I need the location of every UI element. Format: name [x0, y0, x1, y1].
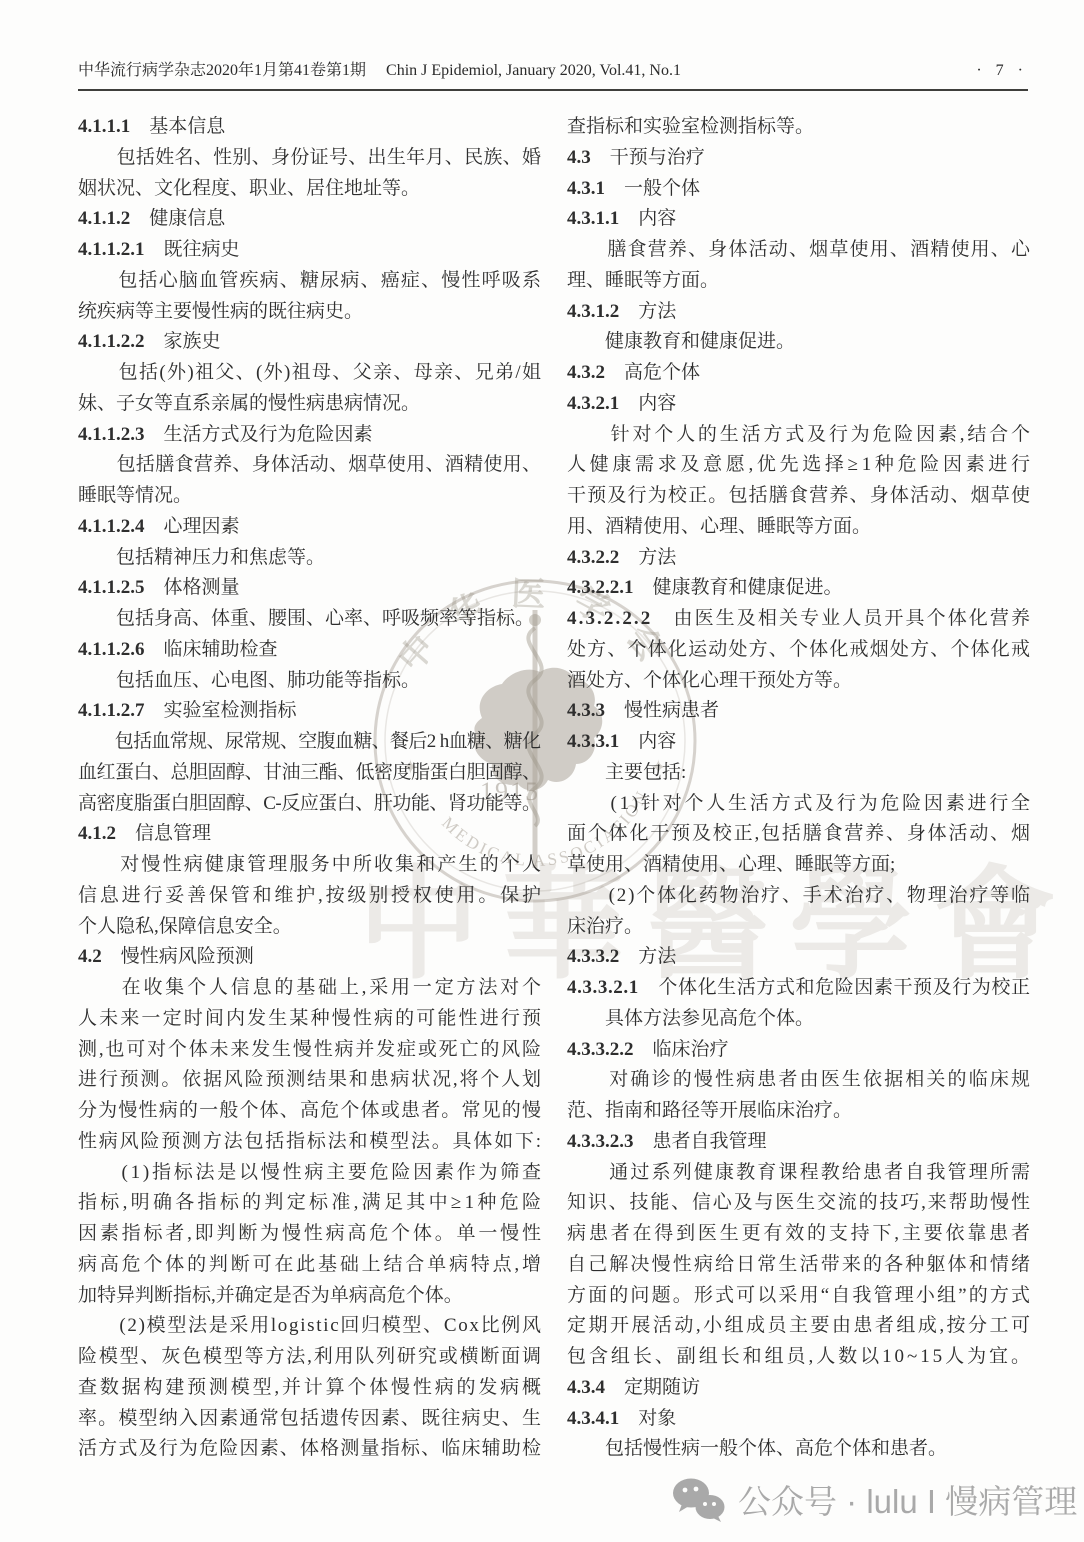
heading-line: 4.3.3.2.1 个体化生活方式和危险因素干预及行为校正 — [567, 973, 1030, 1004]
body-line: 查数据构建预测模型,并计算个体慢性病的发病概 — [78, 1373, 541, 1404]
body-line: 主要包括: — [567, 758, 1030, 789]
body-line: 包括精神压力和焦虑等。 — [78, 543, 541, 574]
journal-title: 中华流行病学杂志2020年1月第41卷第1期Chin J Epidemiol, … — [78, 57, 681, 80]
body-line: 活方式及行为危险因素、体格测量指标、临床辅助检 — [78, 1434, 541, 1465]
body-line: 用、酒精使用、心理、睡眠等方面。 — [567, 512, 1030, 543]
heading-line: 4.1.1.2.3 生活方式及行为危险因素 — [78, 420, 541, 451]
body-line: 自己解决慢性病给日常生活带来的各种躯体和情绪 — [567, 1250, 1030, 1281]
heading-line: 4.1.1.2.1 既往病史 — [78, 235, 541, 266]
body-line: 率。模型纳入因素通常包括遗传因素、既往病史、生 — [78, 1404, 541, 1435]
body-line: 分为慢性病的一般个体、高危个体或患者。常见的慢 — [78, 1096, 541, 1127]
heading-line: 4.3.2.2.1 健康教育和健康促进。 — [567, 573, 1030, 604]
body-line: 床治疗。 — [567, 912, 1030, 943]
body-line: (1)针对个人生活方式及行为危险因素进行全 — [567, 789, 1030, 820]
journal-page: 中华医学会 MEDICAL ASSOCIATION 1915 ✦ ✦ 中華醫學會… — [0, 0, 1084, 1542]
body-line: 加特异判断指标,并确定是否为单病高危个体。 — [78, 1281, 541, 1312]
body-line: 姻状况、文化程度、职业、居住地址等。 — [78, 174, 541, 205]
body-line: 对慢性病健康管理服务中所收集和产生的个人 — [78, 850, 541, 881]
body-line: 理、睡眠等方面。 — [567, 266, 1030, 297]
heading-line: 4.3.3.2.2 临床治疗 — [567, 1035, 1030, 1066]
heading-line: 4.1.1.1 基本信息 — [78, 112, 541, 143]
body-line: (2)个体化药物治疗、手术治疗、物理治疗等临 — [567, 881, 1030, 912]
body-line: 具体方法参见高危个体。 — [567, 1004, 1030, 1035]
body-line: 睡眠等情况。 — [78, 481, 541, 512]
body-line: 范、指南和路径等开展临床治疗。 — [567, 1096, 1030, 1127]
text-columns: 4.1.1.1 基本信息 包括姓名、性别、身份证号、出生年月、民族、婚姻状况、文… — [78, 112, 1030, 1465]
heading-line: 4.3.1 一般个体 — [567, 174, 1030, 205]
body-line: 处方、个体化运动处方、个体化戒烟处方、个体化戒 — [567, 635, 1030, 666]
body-line: 干预及行为校正。包括膳食营养、身体活动、烟草使 — [567, 481, 1030, 512]
body-line: 妹、子女等直系亲属的慢性病患病情况。 — [78, 389, 541, 420]
heading-line: 4.3.2 高危个体 — [567, 358, 1030, 389]
body-line: 包括身高、体重、腰围、心率、呼吸频率等指标。 — [78, 604, 541, 635]
body-line: 统疾病等主要慢性病的既往病史。 — [78, 297, 541, 328]
body-line: 定期开展活动,小组成员主要由患者组成,按分工可 — [567, 1311, 1030, 1342]
body-line: (1)指标法是以慢性病主要危险因素作为筛查 — [78, 1158, 541, 1189]
body-line: 酒处方、个体化心理干预处方等。 — [567, 666, 1030, 697]
body-line: 方面的问题。形式可以采用“自我管理小组”的方式 — [567, 1281, 1030, 1312]
heading-line: 4.3.2.2.2 由医生及相关专业人员开具个体化营养 — [567, 604, 1030, 635]
heading-line: 4.3.3.2 方法 — [567, 942, 1030, 973]
body-line: 包括血常规、尿常规、空腹血糖、餐后2 h血糖、糖化 — [78, 727, 541, 758]
body-line: 人健康需求及意愿,优先选择≥1种危险因素进行 — [567, 450, 1030, 481]
body-line: 对确诊的慢性病患者由医生依据相关的临床规 — [567, 1065, 1030, 1096]
page-header: 中华流行病学杂志2020年1月第41卷第1期Chin J Epidemiol, … — [78, 57, 1028, 91]
journal-title-cn: 中华流行病学杂志2020年1月第41卷第1期 — [78, 62, 366, 79]
body-line: 包含组长、副组长和组员,人数以10~15人为宜。 — [567, 1342, 1030, 1373]
heading-line: 4.1.1.2.4 心理因素 — [78, 512, 541, 543]
heading-line: 4.3 干预与治疗 — [567, 143, 1030, 174]
body-line: 病高危个体的判断可在此基础上结合单病特点,增 — [78, 1250, 541, 1281]
body-line: 知识、技能、信心及与医生交流的技巧,来帮助慢性 — [567, 1188, 1030, 1219]
heading-line: 4.1.1.2.7 实验室检测指标 — [78, 696, 541, 727]
body-line: 性病风险预测方法包括指标法和模型法。具体如下: — [78, 1127, 541, 1158]
heading-line: 4.3.2.2 方法 — [567, 543, 1030, 574]
wechat-watermark: 公众号 · lulu I 慢病管理 — [672, 1476, 1077, 1523]
heading-line: 4.2 慢性病风险预测 — [78, 942, 541, 973]
body-line: 高密度脂蛋白胆固醇、C-反应蛋白、肝功能、肾功能等。 — [78, 789, 541, 820]
body-line: 通过系列健康教育课程教给患者自我管理所需 — [567, 1158, 1030, 1189]
heading-line: 4.1.1.2.2 家族史 — [78, 327, 541, 358]
body-line: 面个体化干预及校正,包括膳食营养、身体活动、烟 — [567, 819, 1030, 850]
body-line: 指标,明确各指标的判定标准,满足其中≥1种危险 — [78, 1188, 541, 1219]
body-line: 信息进行妥善保管和维护,按级别授权使用。保护 — [78, 881, 541, 912]
heading-line: 4.1.2 信息管理 — [78, 819, 541, 850]
body-line: 包括(外)祖父、(外)祖母、父亲、母亲、兄弟/姐 — [78, 358, 541, 389]
body-line: 包括膳食营养、身体活动、烟草使用、酒精使用、 — [78, 450, 541, 481]
wechat-icon — [672, 1477, 726, 1523]
body-line: 测,也可对个体未来发生慢性病并发症或死亡的风险 — [78, 1035, 541, 1066]
body-line: 包括心脑血管疾病、糖尿病、癌症、慢性呼吸系 — [78, 266, 541, 297]
body-line: 进行预测。依据风险预测结果和患病状况,将个人划 — [78, 1065, 541, 1096]
body-line: 针对个人的生活方式及行为危险因素,结合个 — [567, 420, 1030, 451]
body-line: 险模型、灰色模型等方法,利用队列研究或横断面调 — [78, 1342, 541, 1373]
heading-line: 4.1.1.2 健康信息 — [78, 204, 541, 235]
body-line: 包括慢性病一般个体、高危个体和患者。 — [567, 1434, 1030, 1465]
body-line: 草使用、酒精使用、心理、睡眠等方面; — [567, 850, 1030, 881]
body-line: 膳食营养、身体活动、烟草使用、酒精使用、心 — [567, 235, 1030, 266]
heading-line: 4.3.2.1 内容 — [567, 389, 1030, 420]
heading-line: 4.1.1.2.6 临床辅助检查 — [78, 635, 541, 666]
body-line: (2)模型法是采用logistic回归模型、Cox比例风 — [78, 1311, 541, 1342]
body-line: 查指标和实验室检测指标等。 — [567, 112, 1030, 143]
heading-line: 4.1.1.2.5 体格测量 — [78, 573, 541, 604]
body-line: 人未来一定时间内发生某种慢性病的可能性进行预 — [78, 1004, 541, 1035]
heading-line: 4.3.4 定期随访 — [567, 1373, 1030, 1404]
wechat-label: 公众号 · lulu I 慢病管理 — [738, 1476, 1077, 1523]
body-line: 在收集个人信息的基础上,采用一定方法对个 — [78, 973, 541, 1004]
column-left: 4.1.1.1 基本信息 包括姓名、性别、身份证号、出生年月、民族、婚姻状况、文… — [78, 112, 541, 1465]
body-line: 血红蛋白、总胆固醇、甘油三酯、低密度脂蛋白胆固醇、 — [78, 758, 541, 789]
body-line: 包括血压、心电图、肺功能等指标。 — [78, 666, 541, 697]
heading-line: 4.3.3 慢性病患者 — [567, 696, 1030, 727]
body-line: 包括姓名、性别、身份证号、出生年月、民族、婚 — [78, 143, 541, 174]
heading-line: 4.3.3.2.3 患者自我管理 — [567, 1127, 1030, 1158]
heading-line: 4.3.4.1 对象 — [567, 1404, 1030, 1435]
body-line: 健康教育和健康促进。 — [567, 327, 1030, 358]
body-line: 个人隐私,保障信息安全。 — [78, 912, 541, 943]
heading-line: 4.3.1.1 内容 — [567, 204, 1030, 235]
body-line: 因素指标者,即判断为慢性病高危个体。单一慢性 — [78, 1219, 541, 1250]
journal-title-en: Chin J Epidemiol, January 2020, Vol.41, … — [386, 62, 681, 79]
heading-line: 4.3.3.1 内容 — [567, 727, 1030, 758]
body-line: 病患者在得到医生更有效的支持下,主要依靠患者 — [567, 1219, 1030, 1250]
heading-line: 4.3.1.2 方法 — [567, 297, 1030, 328]
page-number: · 7 · — [976, 62, 1028, 80]
column-right: 查指标和实验室检测指标等。4.3 干预与治疗4.3.1 一般个体4.3.1.1 … — [567, 112, 1030, 1465]
